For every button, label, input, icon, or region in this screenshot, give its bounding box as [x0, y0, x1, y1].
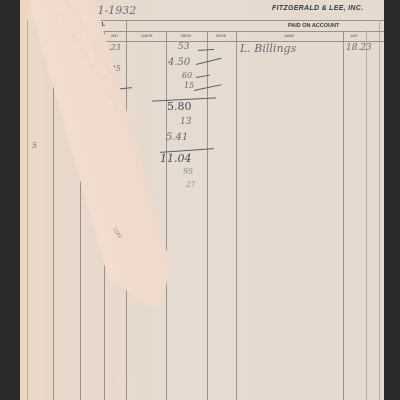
paid-account-name: L. Billings: [240, 42, 296, 55]
mdse-entry: 60: [182, 71, 192, 80]
mdse-entry: 27: [186, 181, 195, 189]
oil-entry: .23: [108, 43, 121, 52]
column-rule: [366, 31, 367, 400]
paid-account-amount: 18.23: [346, 43, 372, 53]
margin-mark: 5: [32, 141, 37, 150]
slip-number: 1349: [111, 226, 122, 239]
mdse-total: 11.04: [160, 152, 192, 165]
mdse-entry: 53: [178, 42, 189, 52]
column-rule: [27, 20, 28, 400]
column-rule: [379, 20, 380, 400]
mdse-entry: 5.41: [166, 132, 188, 143]
mdse-subtotal: 5.80: [167, 100, 192, 113]
column-header-mdse-2: MDSE.: [207, 34, 236, 38]
column-rule: [236, 31, 237, 400]
paid-on-account-label: PAID ON ACCOUNT: [288, 23, 339, 29]
column-header-amt: AMT.: [104, 34, 126, 38]
column-header-paid-amt: AMT.: [343, 34, 366, 38]
column-rule: [166, 31, 167, 400]
column-header-labor: LABOR: [127, 34, 166, 38]
page-edge: [20, 0, 25, 400]
mdse-entry: 13: [180, 117, 191, 127]
mdse-entry: 95: [183, 167, 193, 176]
column-rule: [343, 31, 344, 400]
column-header-name: NAME: [236, 34, 343, 38]
mdse-entry: 4.50: [168, 57, 190, 68]
mdse-entry: 15: [184, 81, 194, 90]
column-header-mdse: MDSE.: [166, 34, 207, 38]
company-name: FITZGERALD & LEE, INC.: [272, 5, 363, 12]
